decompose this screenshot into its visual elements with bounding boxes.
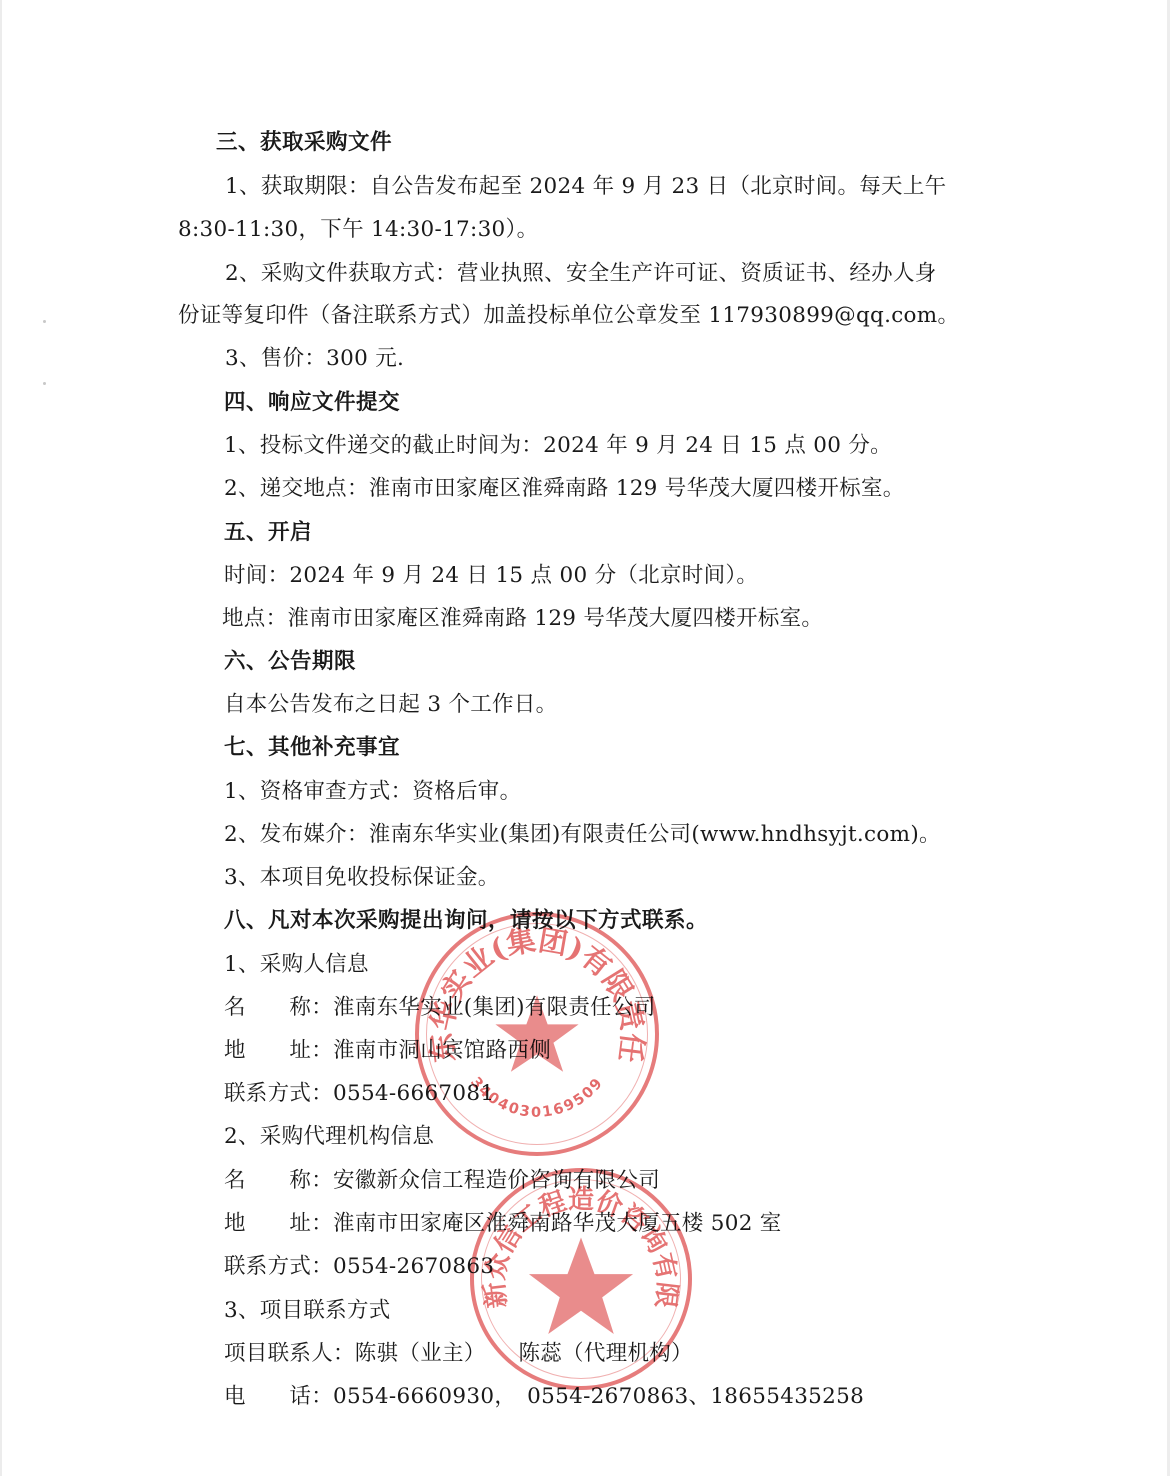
- text-line: 时间：2024 年 9 月 24 日 15 点 00 分（北京时间）。: [224, 561, 758, 591]
- purchaser-phone: 联系方式：0554-6667081: [224, 1079, 494, 1109]
- purchaser-name: 名 称：淮南东华实业(集团)有限责任公司: [224, 993, 656, 1023]
- text-line: 2、采购文件获取方式：营业执照、安全生产许可证、资质证书、经办人身: [225, 259, 937, 289]
- text-line: 1、投标文件递交的截止时间为：2024 年 9 月 24 日 15 点 00 分…: [224, 431, 892, 461]
- seal-inner-ring: [426, 923, 648, 1145]
- text-line: 2、递交地点：淮南市田家庵区淮舜南路 129 号华茂大厦四楼开标室。: [224, 474, 905, 504]
- subsection-project-contact: 3、项目联系方式: [224, 1296, 391, 1326]
- subsection-agency-info: 2、采购代理机构信息: [224, 1122, 434, 1152]
- section-heading-opening: 五、开启: [224, 518, 312, 548]
- section-heading-other-matters: 七、其他补充事宜: [224, 733, 400, 763]
- text-line: 1、资格审查方式：资格后审。: [224, 777, 521, 807]
- project-phone-numbers: 电 话：0554-6660930， 0554-2670863、186554352…: [224, 1382, 864, 1412]
- agency-name: 名 称：安徽新众信工程造价咨询有限公司: [224, 1166, 660, 1196]
- text-line-price: 3、售价：300 元.: [225, 344, 404, 374]
- section-heading-response-submission: 四、响应文件提交: [224, 388, 400, 418]
- subsection-purchaser-info: 1、采购人信息: [224, 950, 369, 980]
- text-line: 8:30-11:30，下午 14:30-17:30）。: [178, 215, 538, 245]
- text-line-website: 2、发布媒介：淮南东华实业(集团)有限责任公司(www.hndhsyjt.com…: [224, 820, 941, 850]
- seal-graphic: 淮南东华实业(集团)有限责任公司 3404030169509: [419, 916, 655, 1152]
- purchaser-address: 地 址：淮南市洞山宾馆路西侧: [224, 1036, 551, 1066]
- text-line: 3、本项目免收投标保证金。: [224, 863, 500, 893]
- section-heading-contact: 八、凡对本次采购提出询问，请按以下方式联系。: [224, 906, 708, 936]
- text-line-email: 份证等复印件（备注联系方式）加盖投标单位公章发至 117930899@qq.co…: [178, 301, 959, 331]
- project-contact-persons: 项目联系人：陈骐（业主） 陈蕊（代理机构）: [224, 1339, 693, 1369]
- page-edge-left: [0, 0, 2, 1476]
- section-heading-acquire-documents: 三、获取采购文件: [216, 128, 392, 158]
- section-heading-notice-period: 六、公告期限: [224, 647, 356, 677]
- text-line: 地点：淮南市田家庵区淮舜南路 129 号华茂大厦四楼开标室。: [222, 604, 823, 634]
- scan-speck: [43, 320, 46, 323]
- scan-speck: [43, 382, 46, 385]
- text-line: 自本公告发布之日起 3 个工作日。: [224, 690, 557, 720]
- star-icon: [529, 1238, 633, 1334]
- agency-address: 地 址：淮南市田家庵区淮舜南路华茂大厦五楼 502 室: [224, 1209, 782, 1239]
- text-line: 1、获取期限：自公告发布起至 2024 年 9 月 23 日（北京时间。每天上午: [225, 172, 946, 202]
- agency-phone: 联系方式：0554-2670863: [224, 1252, 494, 1282]
- purchaser-seal: 淮南东华实业(集团)有限责任公司 3404030169509: [415, 912, 659, 1156]
